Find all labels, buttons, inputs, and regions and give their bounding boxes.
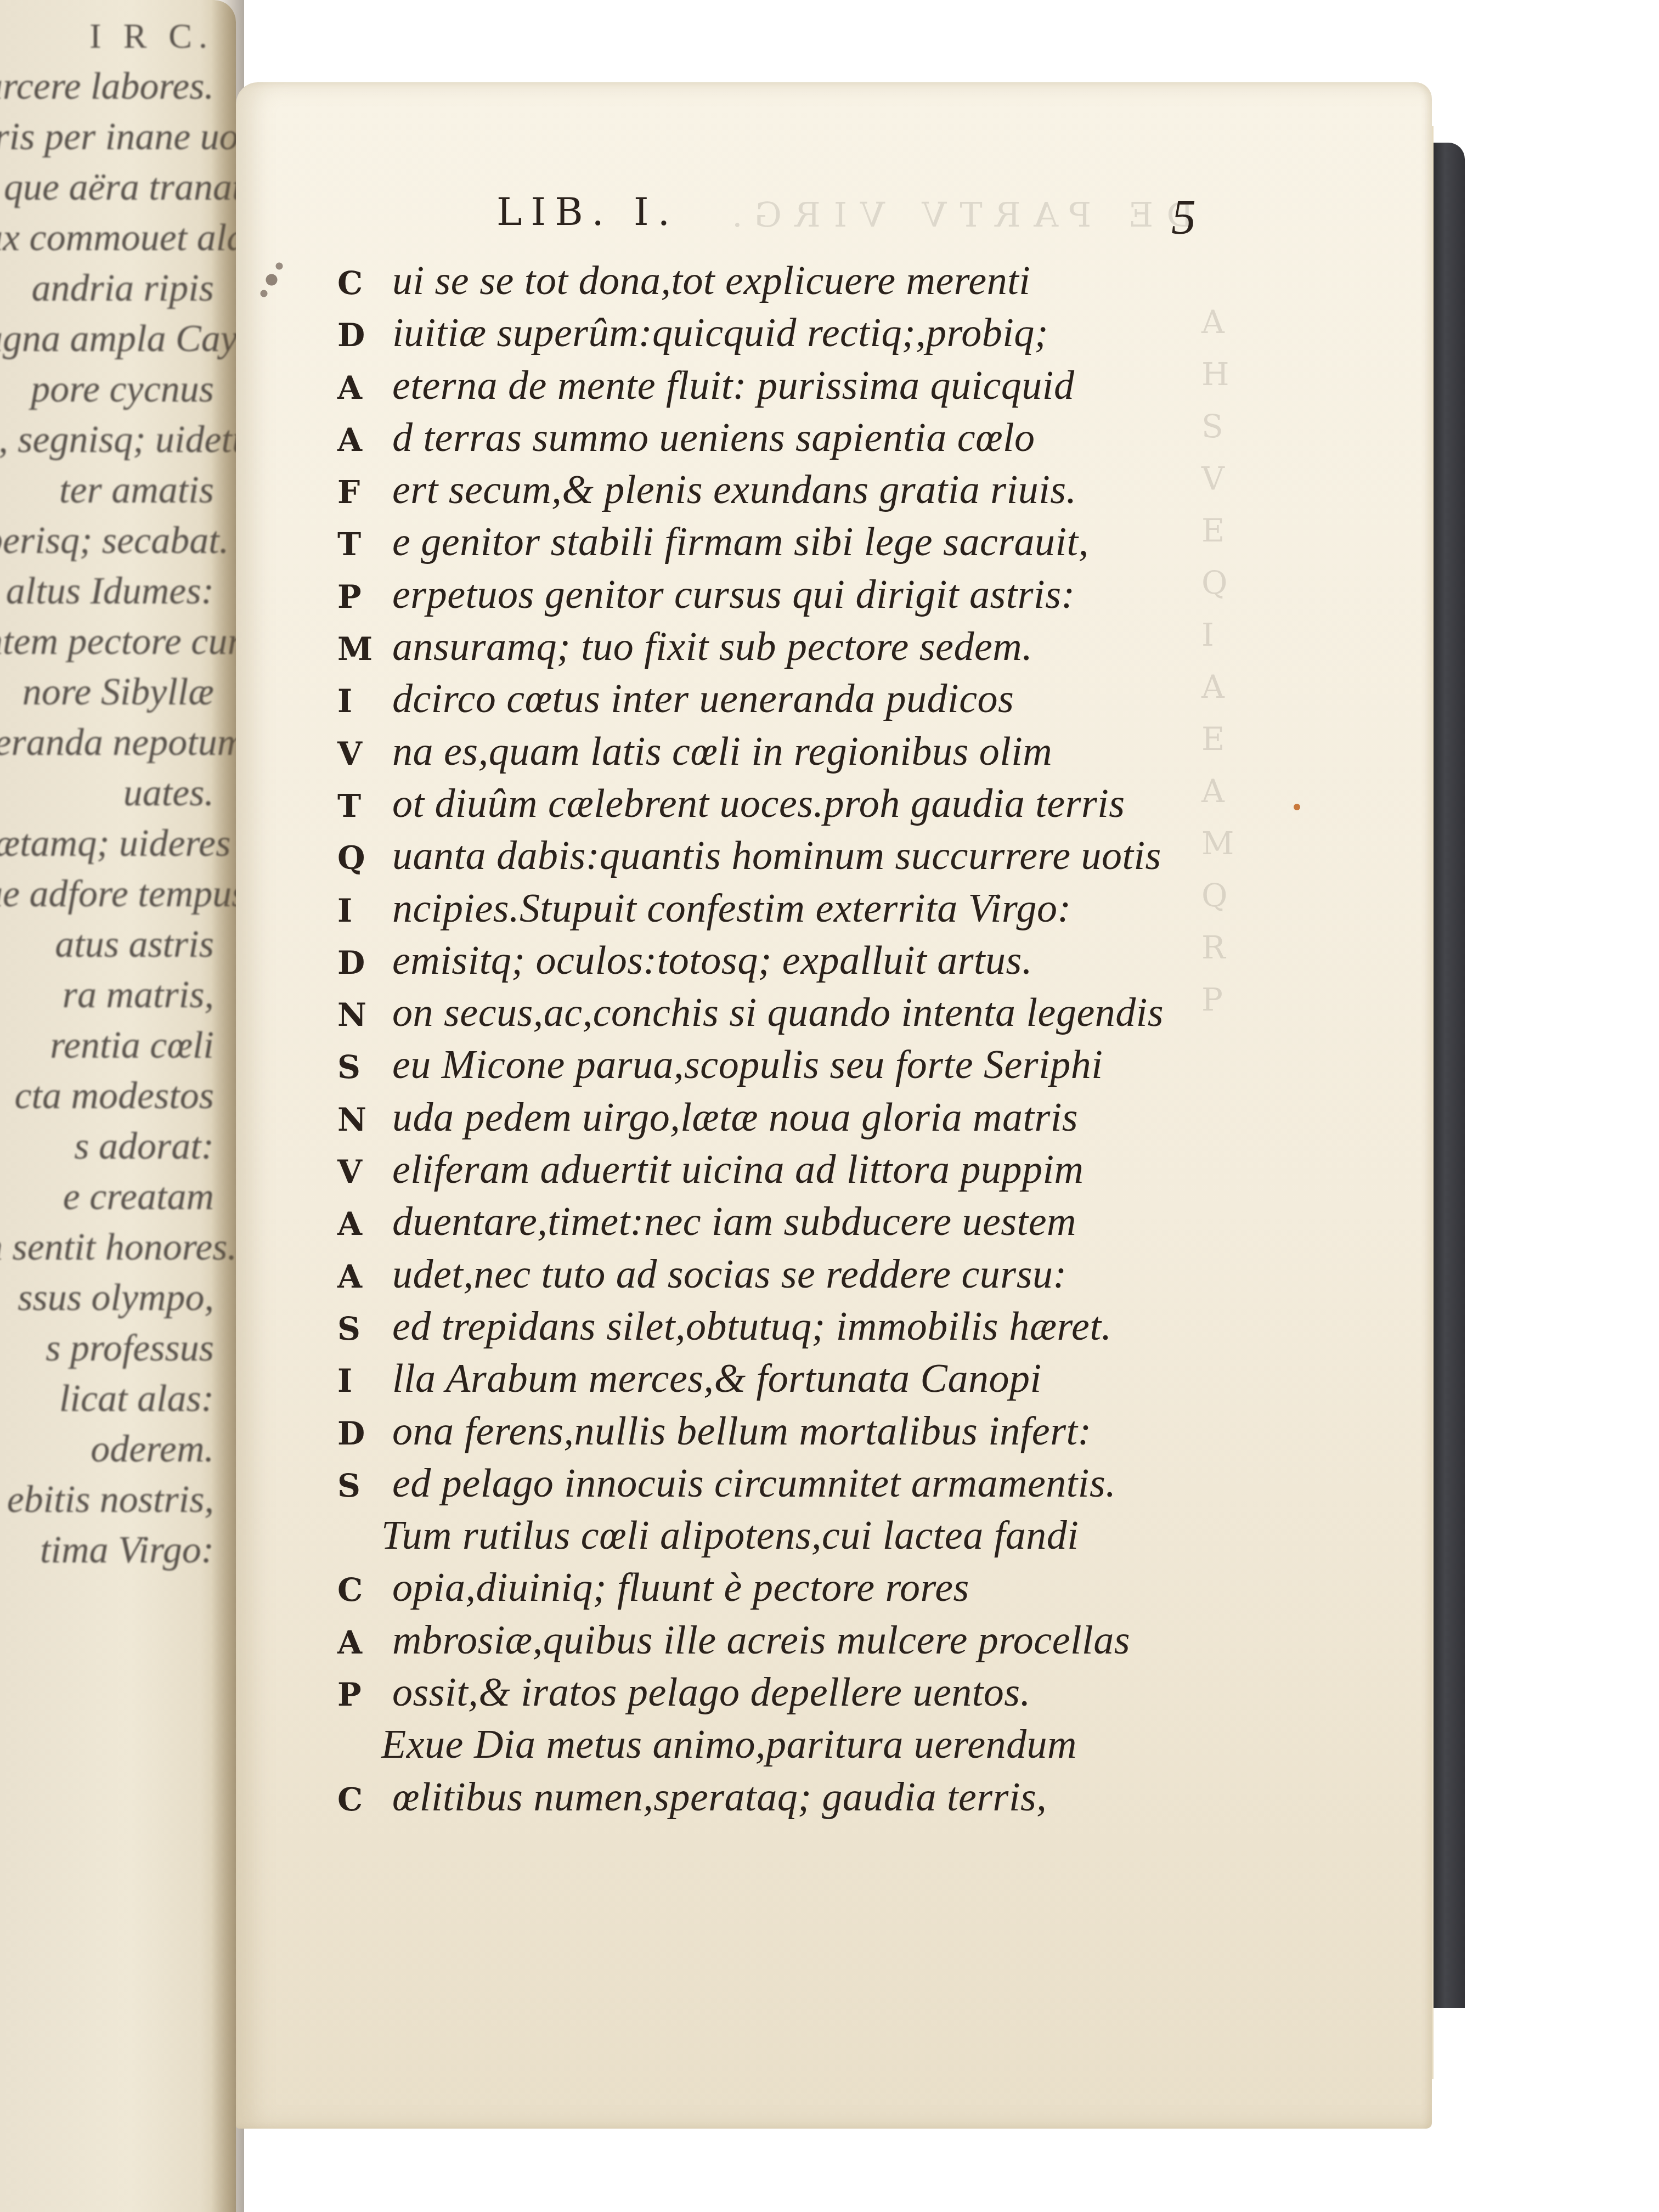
verse-initial: D [337, 944, 392, 981]
verse-line: Idcirco cœtus inter ueneranda pudicos [337, 676, 1380, 728]
verse-line: Incipies.Stupuit confestim exterrita Vir… [337, 885, 1380, 938]
left-line: ebitis nostris, [0, 1475, 214, 1525]
verse-text: erpetuos genitor cursus qui dirigit astr… [392, 572, 1075, 618]
verse-text: d terras summo ueniens sapientia cœlo [392, 415, 1035, 461]
left-line: feranda nepotum [0, 718, 214, 768]
left-line: s, segnisq; uidetur [0, 415, 214, 465]
verse-line: Diuitiæ superûm:quicquid rectiq;,probiq; [337, 310, 1380, 362]
left-line: arcere labores. [0, 61, 214, 112]
verse-line: Aduentare,timet:nec iam subducere uestem [337, 1199, 1380, 1251]
verse-initial: A [337, 1205, 392, 1243]
verse-text: iuitiæ superûm:quicquid rectiq;,probiq; [392, 310, 1048, 357]
verse-text: na es,quam latis cœli in regionibus olim [392, 729, 1052, 775]
verse-line: Dona ferens,nullis bellum mortalibus inf… [337, 1408, 1380, 1460]
verse-text: udet,nec tuto ad socias se reddere cursu… [392, 1251, 1067, 1298]
left-line: lætamq; uideres [0, 819, 214, 869]
verse-line: Sed pelago innocuis circumnitet armament… [337, 1460, 1380, 1513]
running-head: LIB. I. [496, 189, 679, 239]
verse-initial: P [337, 1676, 392, 1713]
left-line: s adorat: [0, 1121, 214, 1172]
left-line: agna ampla Caystri, [0, 314, 214, 364]
left-line: uates. [0, 768, 214, 819]
left-line: ter amatis [0, 465, 214, 516]
verse-text: ot diuûm cælebrent uoces.proh gaudia ter… [392, 781, 1125, 827]
verse-text: ert secum,& plenis exundans gratia riuis… [392, 467, 1077, 513]
verse-text: emisitq; oculos:totosq; expalluit artus. [392, 938, 1032, 984]
left-line: ra matris, [0, 970, 214, 1020]
verse-text: ansuramq; tuo fixit sub pectore sedem. [392, 624, 1032, 670]
verse-text: Tum rutilus cœli alipotens,cui lactea fa… [381, 1513, 1079, 1559]
verse-text: ui se se tot dona,tot explicuere merenti [392, 258, 1030, 304]
verse-line: Nuda pedem uirgo,lætæ noua gloria matris [337, 1094, 1380, 1147]
verse-initial: S [337, 1467, 392, 1504]
verse-line: Cui se se tot dona,tot explicuere merent… [337, 258, 1380, 310]
verse-text: duentare,timet:nec iam subducere uestem [392, 1199, 1076, 1245]
verse-initial: I [337, 892, 392, 929]
verse-line: Perpetuos genitor cursus qui dirigit ast… [337, 572, 1380, 624]
left-line: ntem pectore curas [0, 617, 214, 667]
left-line: n sentit honores. [0, 1222, 214, 1273]
verse-line: Ambrosiæ,quibus ille acreis mulcere proc… [337, 1617, 1380, 1669]
verse-text: uanta dabis:quantis hominum succurrere u… [392, 833, 1161, 879]
verse-initial: A [337, 1624, 392, 1661]
left-line: ue adfore tempus, [0, 869, 214, 919]
verse-initial: S [337, 1048, 392, 1086]
verse-initial: A [337, 369, 392, 407]
verse-initial: A [337, 1258, 392, 1295]
verse-text: ed trepidans silet,obtutuq; immobilis hæ… [392, 1304, 1111, 1350]
verse-initial: S [337, 1310, 392, 1347]
verse-text: dcirco cœtus inter ueneranda pudicos [392, 676, 1014, 723]
verse-initial: T [337, 526, 392, 563]
left-line: cta modestos [0, 1071, 214, 1121]
verse-initial: A [337, 421, 392, 459]
verse-text: eliferam aduertit uicina ad littora pupp… [392, 1147, 1084, 1193]
verse-text: Exue Dia metus animo,paritura uerendum [381, 1722, 1077, 1768]
verse-initial: I [337, 1362, 392, 1400]
verse-text: œlitibus numen,sperataq; gaudia terris, [392, 1774, 1047, 1821]
show-through-head: DE PARTV VIRG. [719, 195, 1194, 235]
verse-line: Sed trepidans silet,obtutuq; immobilis h… [337, 1304, 1380, 1356]
verse-line: Fert secum,& plenis exundans gratia riui… [337, 467, 1380, 519]
verse-line: Copia,diuiniq; fluunt è pectore rores [337, 1565, 1380, 1617]
verse-line: Tot diuûm cælebrent uoces.proh gaudia te… [337, 781, 1380, 833]
verse-line: Tum rutilus cœli alipotens,cui lactea fa… [337, 1513, 1380, 1565]
verse-text: ossit,& iratos pelago depellere uentos. [392, 1669, 1031, 1716]
left-line: oderem. [0, 1424, 214, 1475]
verse-text: ed pelago innocuis circumnitet armamenti… [392, 1460, 1116, 1507]
left-line: pore cycnus [0, 364, 214, 415]
verse-initial: T [337, 787, 392, 825]
verse-line: Cœlitibus numen,sperataq; gaudia terris, [337, 1774, 1380, 1826]
verse-text: ona ferens,nullis bellum mortalibus infe… [392, 1408, 1092, 1455]
verse-initial: P [337, 578, 392, 616]
verse-initial: C [337, 264, 392, 302]
verse-initial: I [337, 682, 392, 720]
verse-initial: C [337, 1781, 392, 1818]
left-line: ssus olympo, [0, 1273, 214, 1323]
left-line: ux commouet alas. [0, 213, 214, 263]
verse-block: Cui se se tot dona,tot explicuere merent… [337, 258, 1380, 1826]
verse-text: mbrosiæ,quibus ille acreis mulcere proce… [392, 1617, 1130, 1664]
verse-text: lla Arabum merces,& fortunata Canopi [392, 1356, 1042, 1402]
verse-initial: Q [337, 839, 392, 877]
left-line: nore Sibyllæ [0, 667, 214, 718]
verse-line: Vna es,quam latis cœli in regionibus oli… [337, 729, 1380, 781]
verse-text: opia,diuiniq; fluunt è pectore rores [392, 1565, 969, 1611]
left-page-text: I R C. arcere labores. tris per inane uo… [0, 11, 214, 1576]
left-line: rentia cœli [0, 1020, 214, 1071]
left-line: t que aëra tranat [0, 162, 214, 213]
verse-initial: C [337, 1571, 392, 1609]
verse-text: e genitor stabili firmam sibi lege sacra… [392, 519, 1089, 566]
verse-line: Ad terras summo ueniens sapientia cœlo [337, 415, 1380, 467]
verse-line: Possit,& iratos pelago depellere uentos. [337, 1669, 1380, 1722]
verse-line: Exue Dia metus animo,paritura uerendum [337, 1722, 1380, 1774]
left-line: berisq; secabat. [0, 516, 214, 566]
verse-line: Aeterna de mente fluit: purissima quicqu… [337, 363, 1380, 415]
verse-line: Non secus,ac,conchis si quando intenta l… [337, 990, 1380, 1042]
verse-initial: D [337, 317, 392, 354]
page-number: 5 [1171, 189, 1196, 246]
left-line: tima Virgo: [0, 1525, 214, 1576]
left-running-head: I R C. [0, 11, 214, 61]
left-line: t altus Idumes: [0, 566, 214, 617]
verse-initial: M [337, 630, 392, 668]
left-line: s professus [0, 1323, 214, 1374]
left-page: I R C. arcere labores. tris per inane uo… [0, 0, 236, 2212]
verse-text: eu Micone parua,scopulis seu forte Serip… [392, 1042, 1103, 1088]
left-line: andria ripis [0, 263, 214, 314]
left-line: licat alas: [0, 1374, 214, 1424]
verse-line: Seu Micone parua,scopulis seu forte Seri… [337, 1042, 1380, 1094]
verse-initial: V [337, 735, 392, 772]
left-line: atus astris [0, 919, 214, 970]
verse-initial: F [337, 473, 392, 511]
verse-initial: V [337, 1153, 392, 1190]
verse-initial: D [337, 1415, 392, 1452]
verse-line: Illa Arabum merces,& fortunata Canopi [337, 1356, 1380, 1408]
verse-line: Te genitor stabili firmam sibi lege sacr… [337, 519, 1380, 571]
left-line: tris per inane uocatis [0, 112, 214, 162]
ink-speck [252, 252, 291, 307]
verse-text: uda pedem uirgo,lætæ noua gloria matris [392, 1094, 1078, 1141]
verse-text: eterna de mente fluit: purissima quicqui… [392, 363, 1074, 409]
verse-text: on secus,ac,conchis si quando intenta le… [392, 990, 1164, 1036]
left-line: e creatam [0, 1172, 214, 1222]
verse-line: Audet,nec tuto ad socias se reddere curs… [337, 1251, 1380, 1304]
verse-text: ncipies.Stupuit confestim exterrita Virg… [392, 885, 1071, 932]
verse-initial: N [337, 996, 392, 1034]
verse-line: Mansuramq; tuo fixit sub pectore sedem. [337, 624, 1380, 676]
verse-initial: N [337, 1101, 392, 1138]
verse-line: Quanta dabis:quantis hominum succurrere … [337, 833, 1380, 885]
verse-line: Demisitq; oculos:totosq; expalluit artus… [337, 938, 1380, 990]
book-cover-edge [1432, 143, 1465, 2008]
verse-line: Veliferam aduertit uicina ad littora pup… [337, 1147, 1380, 1199]
